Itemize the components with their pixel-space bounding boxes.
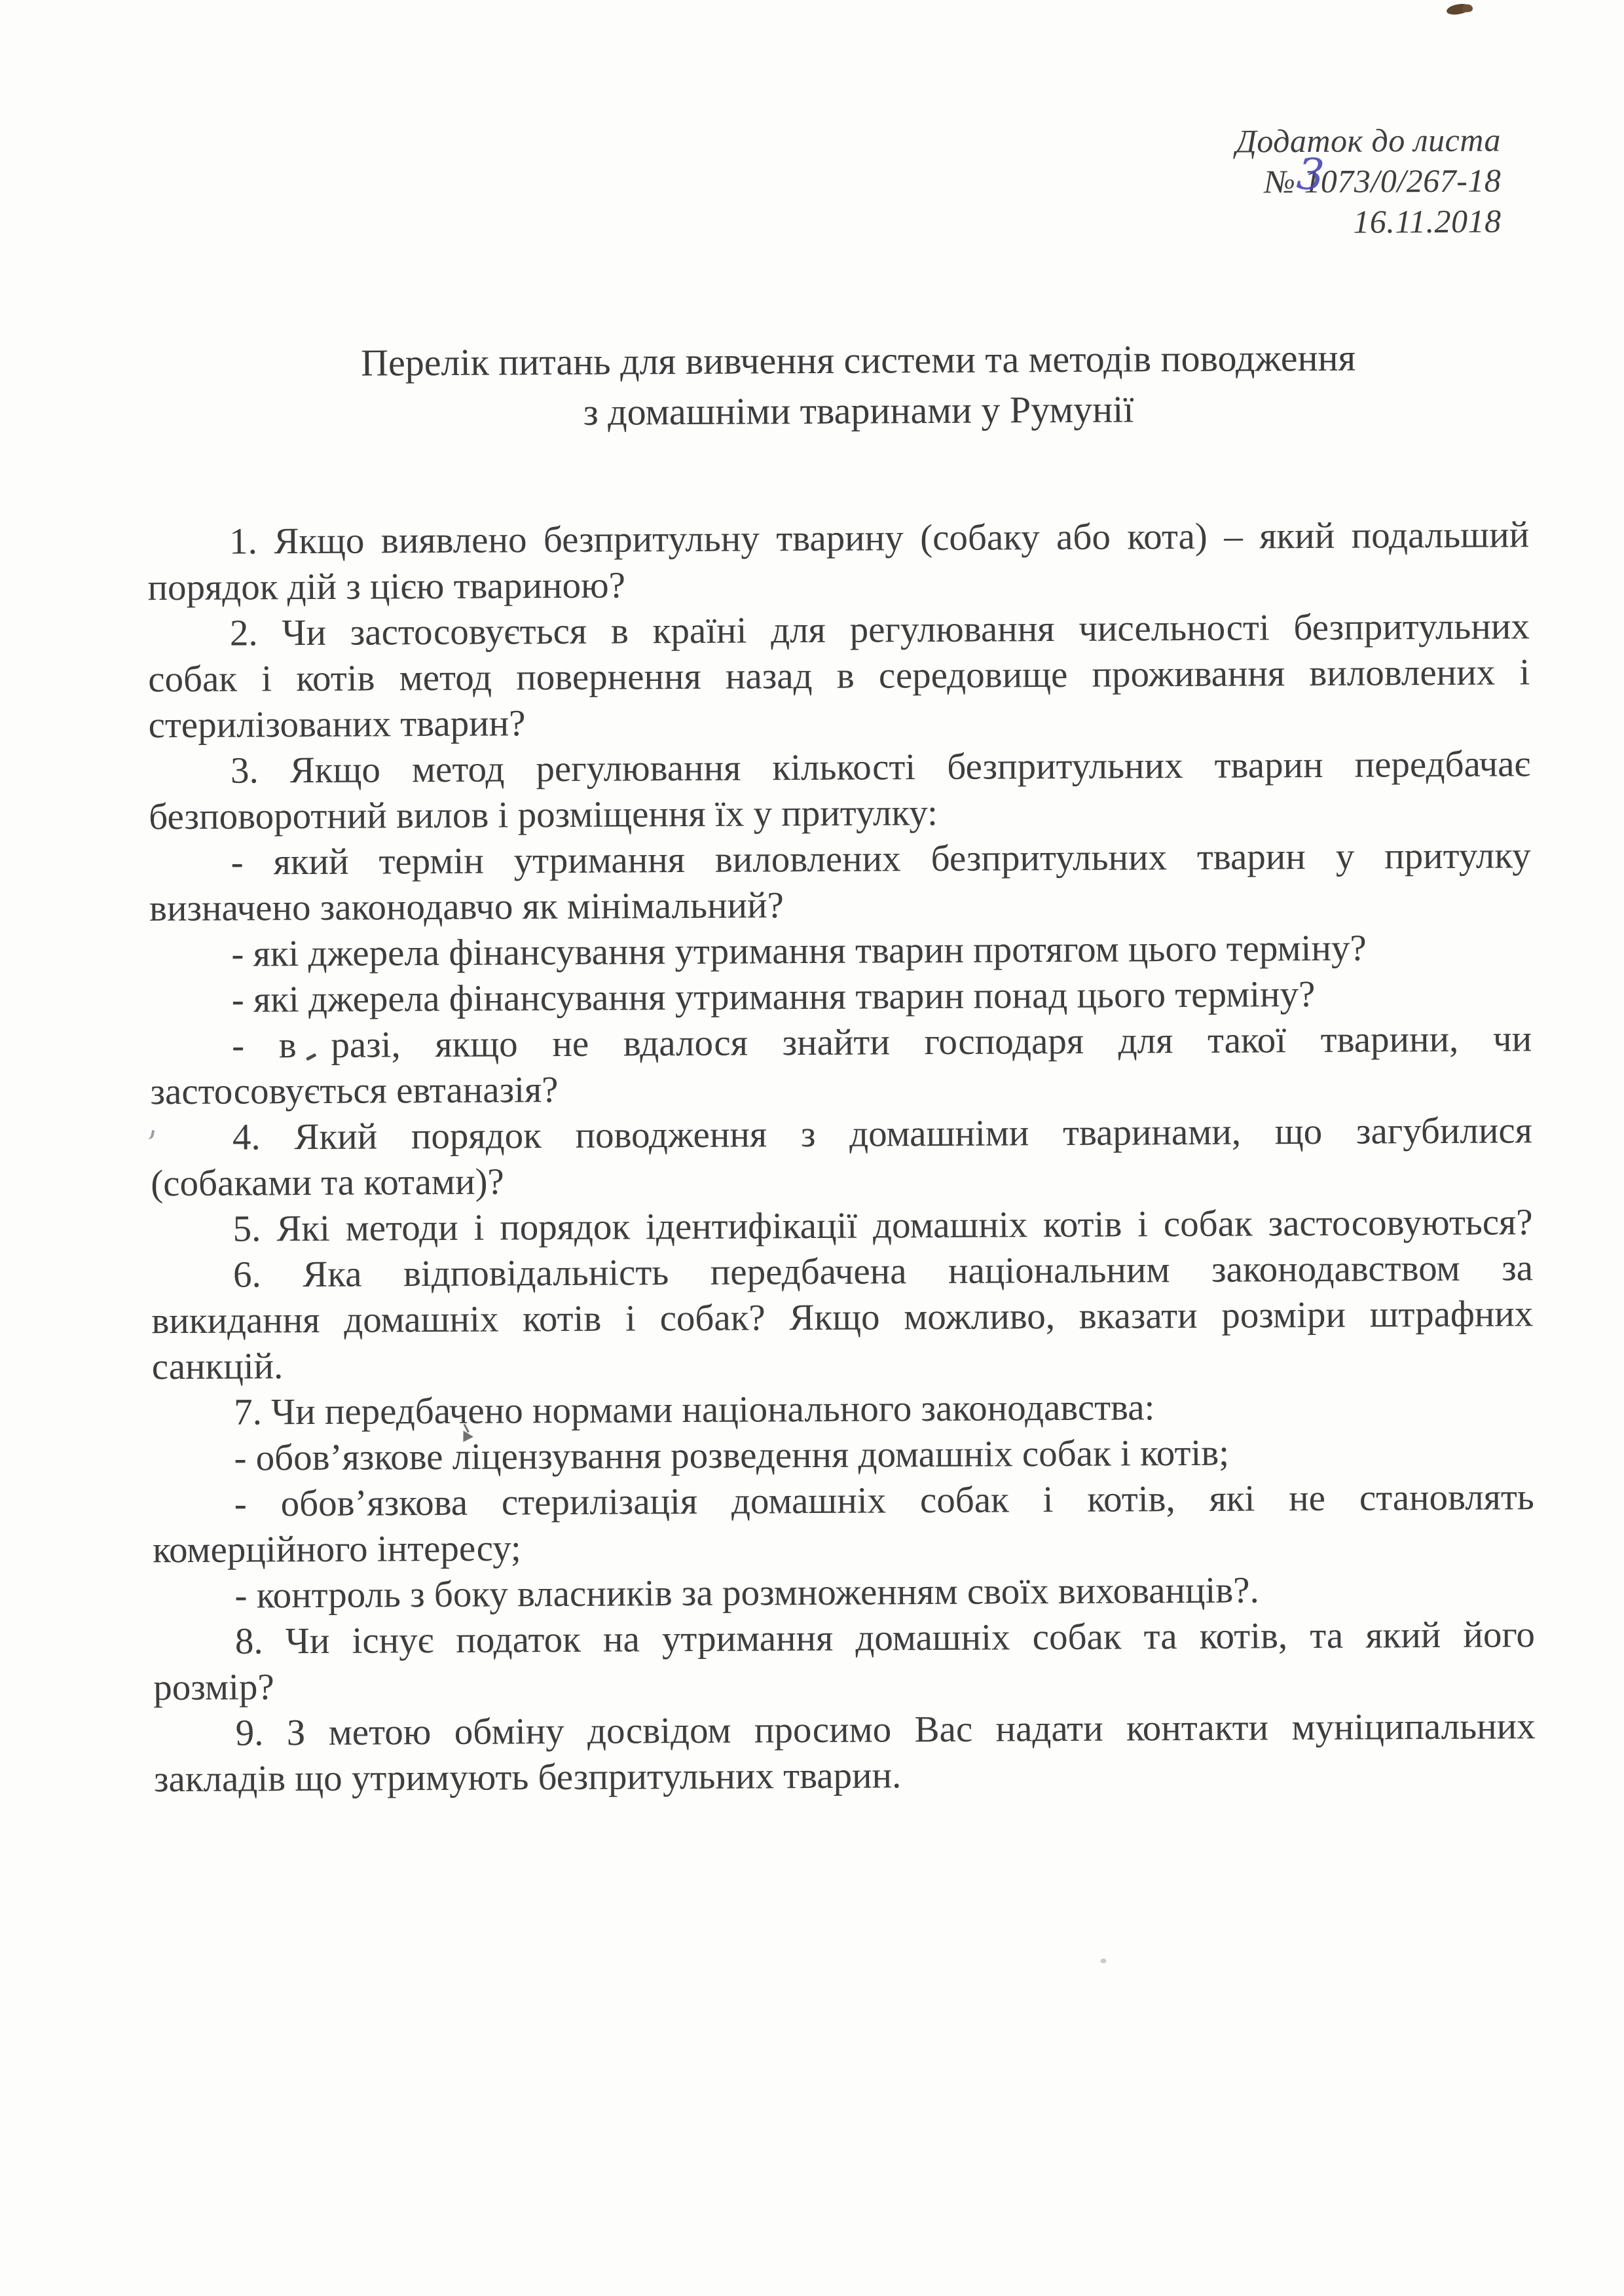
text-line: 7. Чи передбачено нормами національного … — [152, 1383, 1534, 1436]
text-line: - які джерела фінансування утримання тва… — [150, 970, 1532, 1023]
text-line: закладів що утримують безпритульних твар… — [154, 1749, 1536, 1802]
document-title-line2: з домашніми тваринами у Румунії — [168, 382, 1549, 439]
text-line: безповоротний вилов і розміщення їх у пр… — [149, 787, 1530, 840]
text-line: 2. Чи застосовується в країні для регулю… — [148, 604, 1530, 657]
text-line: - який термін утримання виловлених безпр… — [149, 833, 1531, 886]
text-line: (собаками та котами)? — [151, 1154, 1532, 1207]
text-line: - обов’язкова стерилізація домашніх соба… — [153, 1474, 1534, 1527]
text-line: викидання домашніх котів і собак? Якщо м… — [151, 1291, 1533, 1344]
scan-content: Додаток до листа № 1073/0/267-18 16.11.2… — [0, 0, 1624, 2296]
letter-reference-label: Додаток до листа — [1236, 119, 1501, 161]
letter-reference-block: Додаток до листа № 1073/0/267-18 16.11.2… — [1236, 119, 1502, 242]
text-line: 3. Якщо метод регулювання кількості безп… — [149, 741, 1530, 794]
text-line: - обов’язкове ліцензування розведення до… — [152, 1429, 1534, 1482]
scanned-page: Додаток до листа № 1073/0/267-18 16.11.2… — [0, 0, 1624, 2296]
text-line: 5. Які методи і порядок ідентифікації до… — [151, 1199, 1532, 1252]
text-line: санкцій. — [152, 1337, 1534, 1390]
letter-date: 16.11.2018 — [1236, 200, 1501, 242]
document-title: Перелік питань для вивчення системи та м… — [168, 331, 1550, 439]
question-list: 1. Якщо виявлено безпритульну тварину (с… — [147, 512, 1536, 1802]
paper-speck — [1100, 1959, 1106, 1963]
ink-smudge — [1446, 3, 1469, 16]
text-line: 9. З метою обміну досвідом просимо Вас н… — [153, 1704, 1535, 1757]
text-line: - контроль з боку власників за розмножен… — [153, 1566, 1534, 1619]
text-line: 8. Чи існує податок на утримання домашні… — [153, 1612, 1535, 1665]
text-line: стерилізованих тварин? — [148, 695, 1530, 748]
text-line: порядок дій з цією твариною? — [147, 558, 1529, 611]
text-line: собак і котів метод повернення назад в с… — [148, 649, 1530, 702]
text-line: розмір? — [153, 1658, 1535, 1711]
letter-number: № 1073/0/267-18 — [1236, 160, 1501, 202]
text-line: визначено законодавчо як мінімальний? — [149, 879, 1531, 932]
text-line: - які джерела фінансування утримання тва… — [149, 924, 1531, 977]
text-line: 6. Яка відповідальність передбачена наці… — [151, 1245, 1533, 1298]
text-line: комерційного інтересу; — [153, 1520, 1534, 1573]
text-line: 4. Який порядок поводження з домашніми т… — [151, 1108, 1532, 1161]
text-line: застосовується евтаназія? — [150, 1062, 1532, 1115]
text-line: 1. Якщо виявлено безпритульну тварину (с… — [147, 512, 1529, 565]
text-line: - в разі, якщо не вдалося знайти господа… — [150, 1016, 1532, 1069]
document-title-line1: Перелік питань для вивчення системи та м… — [168, 331, 1549, 389]
handwritten-digit: 3 — [1295, 153, 1325, 198]
